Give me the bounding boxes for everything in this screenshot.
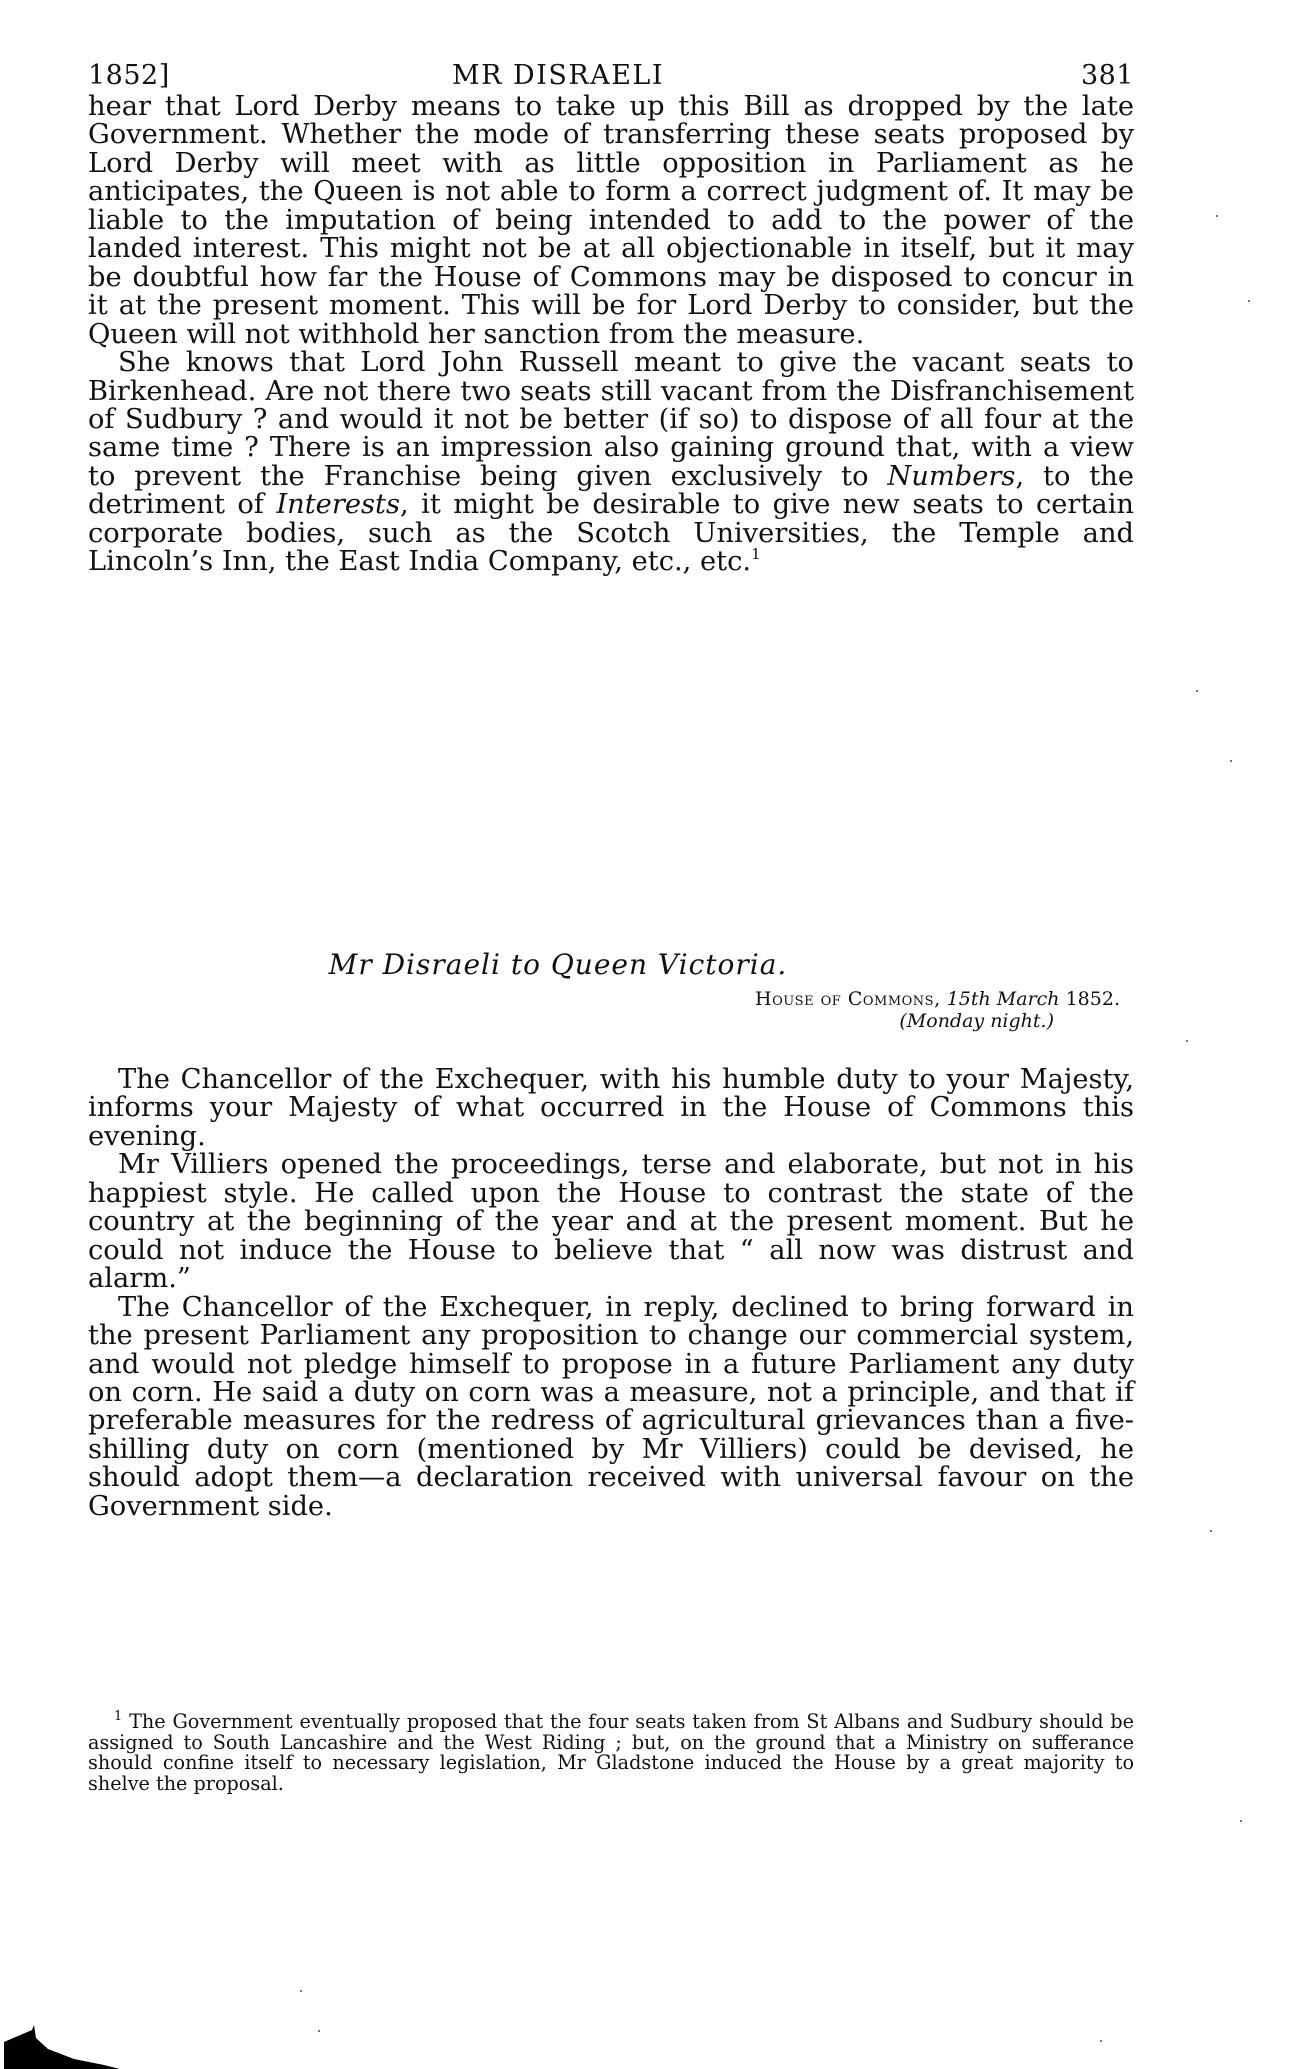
running-head: 1852] MR DISRAELI 381 [88,58,1134,94]
scan-speck [1186,1040,1188,1042]
footnote: 1 The Government eventually proposed tha… [88,1712,1134,1794]
dateline-place: House of Commons, [755,988,941,1010]
letter-dateline: House of Commons, 15th March 1852. (Mond… [755,988,1120,1032]
scan-speck [1100,2040,1102,2042]
scan-speck [1216,215,1218,217]
paragraph: She knows that Lord John Russell meant t… [88,349,1134,577]
footnotes: 1 The Government eventually proposed tha… [88,1712,1134,1794]
running-head-title: MR DISRAELI [88,58,1028,94]
scan-speck [1240,1820,1242,1822]
italic-emphasis: Interests [276,489,400,520]
dateline-day: 15th [947,988,991,1010]
dateline-note: (Monday night.) [755,1010,1054,1032]
page-curl-shadow [4,2025,120,2069]
scan-speck [1230,760,1232,762]
scan-speck [1196,690,1198,692]
scan-speck [318,2030,320,2032]
paragraph: Mr Villiers opened the proceedings, ters… [88,1151,1134,1293]
dateline-month: March [997,988,1060,1010]
letter-body: The Chancellor of the Exchequer, with hi… [88,1066,1134,1521]
footnote-marker: 1 [114,1709,122,1724]
italic-emphasis: Numbers [887,461,1015,492]
page-number: 381 [1081,58,1134,94]
footnote-text: The Government eventually proposed that … [88,1710,1134,1795]
scan-speck [300,1990,302,1992]
footnote-reference[interactable]: 1 [751,545,761,563]
letter-heading: Mr Disraeli to Queen Victoria. [88,948,1028,982]
letter-continuation: hear that Lord Derby means to take up th… [88,93,1134,577]
paragraph: The Chancellor of the Exchequer, in repl… [88,1294,1134,1522]
dateline-year: 1852. [1066,988,1120,1010]
paragraph: hear that Lord Derby means to take up th… [88,93,1134,349]
paragraph: The Chancellor of the Exchequer, with hi… [88,1066,1134,1151]
scan-speck [1248,300,1250,302]
scan-speck [1210,1530,1212,1532]
